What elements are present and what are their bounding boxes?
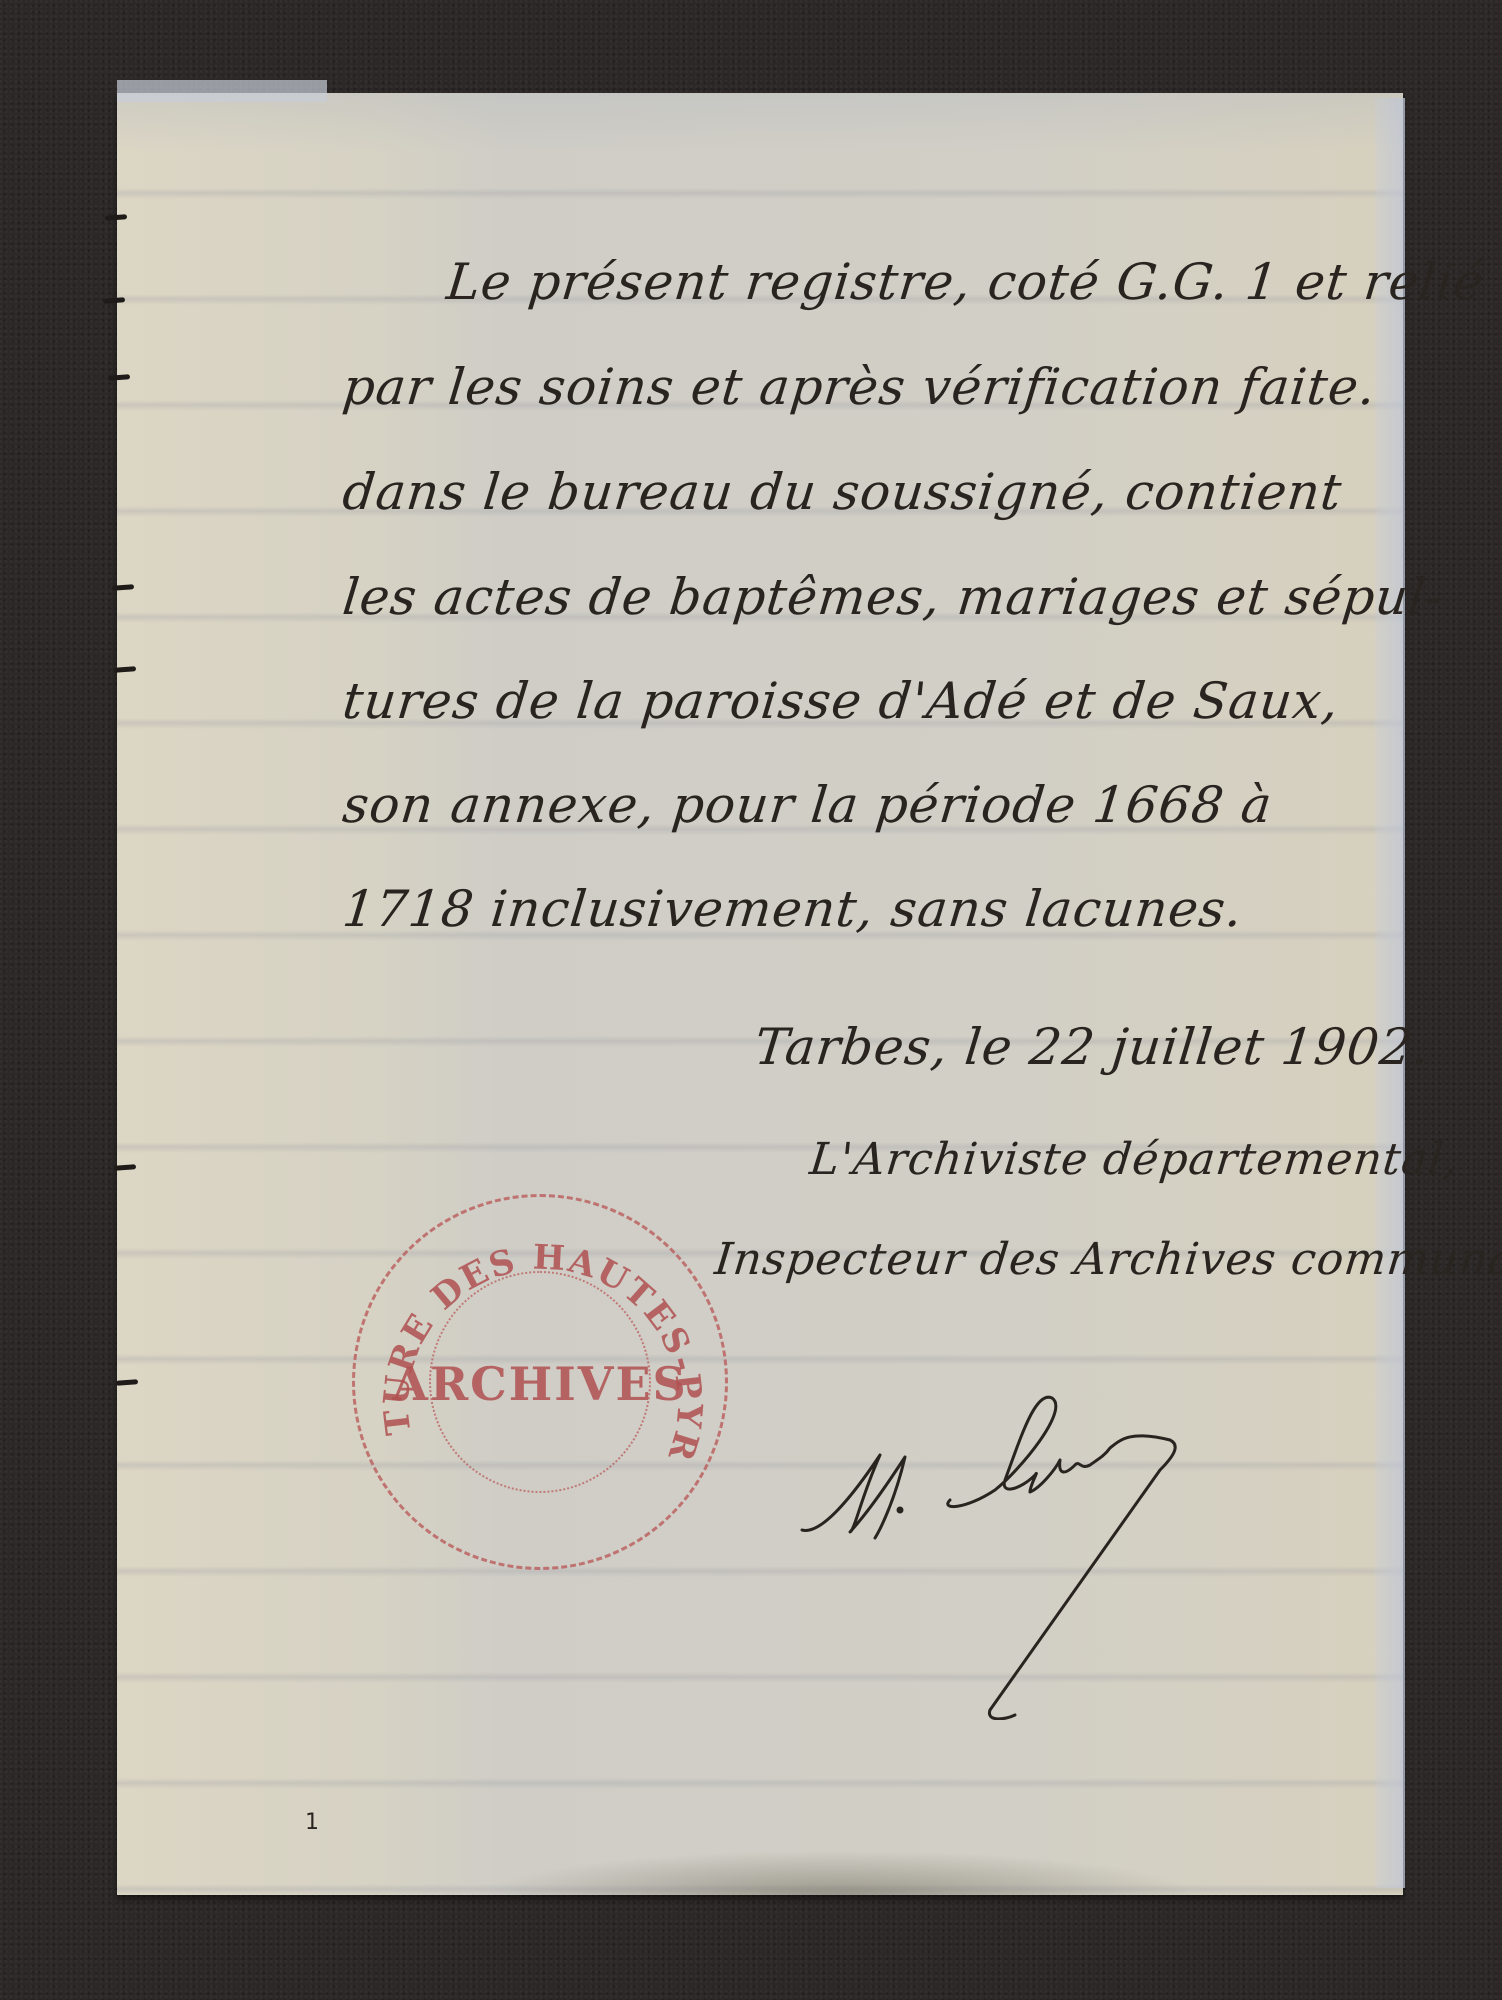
text-line-5: tures de la paroisse d'Adé et de Saux,	[340, 672, 1342, 730]
text-line-3: dans le bureau du soussigné, contient	[340, 463, 1345, 521]
text-line-7: 1718 inclusivement, sans lacunes.	[340, 880, 1246, 938]
water-stain	[480, 1850, 1200, 1895]
stamp-center-text: ARCHIVES	[355, 1357, 725, 1411]
text-line-6: son annexe, pour la période 1668 à	[340, 776, 1275, 834]
text-line-2: par les soins et après vérification fait…	[340, 358, 1379, 416]
archives-stamp: PRÉFECTURE DES HAUTES-PYRÉNÉES ARCHIVES	[352, 1194, 728, 1570]
signatory-title-inspector: Inspecteur des Archives communales	[712, 1234, 1502, 1285]
signatory-title-archivist: L'Archiviste départemental,	[807, 1134, 1461, 1185]
repair-tissue-right	[1375, 98, 1405, 1888]
text-line-1: Le présent registre, coté G.G. 1 et reli…	[444, 253, 1487, 311]
place-date: Tarbes, le 22 juillet 1902.	[752, 1018, 1433, 1076]
text-line-4: les actes de baptêmes, mariages et sépul…	[340, 568, 1447, 626]
folio-number: 1	[305, 1810, 319, 1835]
repair-tissue-top	[117, 80, 327, 102]
signature: M. Lamoine	[790, 1360, 1270, 1720]
